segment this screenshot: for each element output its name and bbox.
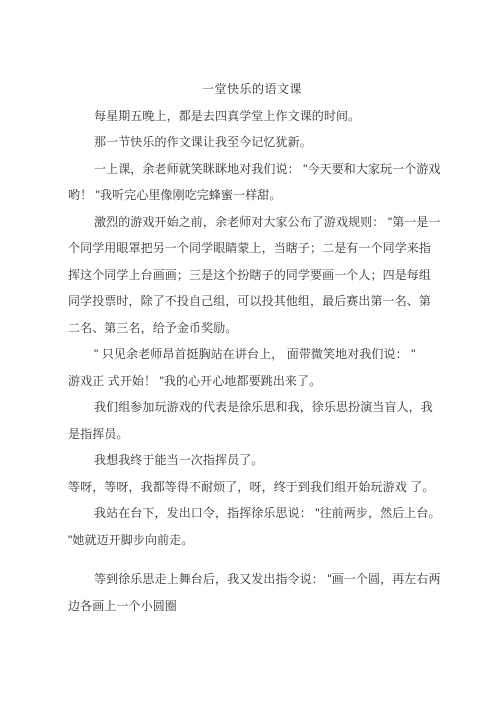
text-line: 每星期五晚上，都是去四真学堂上作文课的时间。 [68, 103, 436, 130]
text-line: 是指挥员。 [68, 421, 436, 448]
text-line: " 只见余老师昂首挺胸站在讲台上， 面带微笑地对我们说： " [68, 341, 436, 368]
text-line: 等到徐乐思走上舞台后，我又发出指令说： "画一个圆，再左右两 [68, 566, 436, 593]
text-line: 我站在台下，发出口令，指挥徐乐思说： "往前两步，然后上台。 [68, 500, 436, 527]
text-line: 哟！ "我听完心里像刚吃完蜂蜜一样甜。 [68, 182, 436, 209]
text-line: 游戏正 式开始！ "我的心开心地都要跳出来了。 [68, 368, 436, 395]
text-line: 边各画上一个小圆圈 [68, 593, 436, 620]
document-content: 一堂快乐的语文课 每星期五晚上，都是去四真学堂上作文课的时间。 那一节快乐的作文… [0, 0, 500, 619]
text-line: 我想我终于能当一次指挥员了。 [68, 447, 436, 474]
text-line: 等呀，等呀，我都等得不耐烦了，呀，终于到我们组开始玩游戏 了。 [68, 474, 436, 501]
text-line: 二名、第三名，给予金币奖励。 [68, 315, 436, 342]
text-line: 激烈的游戏开始之前，余老师对大家公布了游戏规则： "第一是一 [68, 209, 436, 236]
document-title: 一堂快乐的语文课 [68, 76, 436, 103]
text-line: 那一节快乐的作文课让我至今记忆犹新。 [68, 129, 436, 156]
text-line: 一上课，余老师就笑眯眯地对我们说： "今天要和大家玩一个游戏 [68, 156, 436, 183]
text-line: "她就迈开脚步向前走。 [68, 527, 436, 554]
document-page: 一堂快乐的语文课 每星期五晚上，都是去四真学堂上作文课的时间。 那一节快乐的作文… [0, 0, 500, 708]
text-line: 个同学用眼罩把另一个同学眼睛蒙上，当瞎子；二是有一个同学来指 [68, 235, 436, 262]
text-line: 同学投票时，除了不投自己组，可以投其他组，最后赛出第一名、第 [68, 288, 436, 315]
text-line: 我们组参加玩游戏的代表是徐乐思和我，徐乐思扮演当盲人，我 [68, 394, 436, 421]
text-line: 挥这个同学上台画画；三是这个扮瞎子的同学要画一个人；四是每组 [68, 262, 436, 289]
